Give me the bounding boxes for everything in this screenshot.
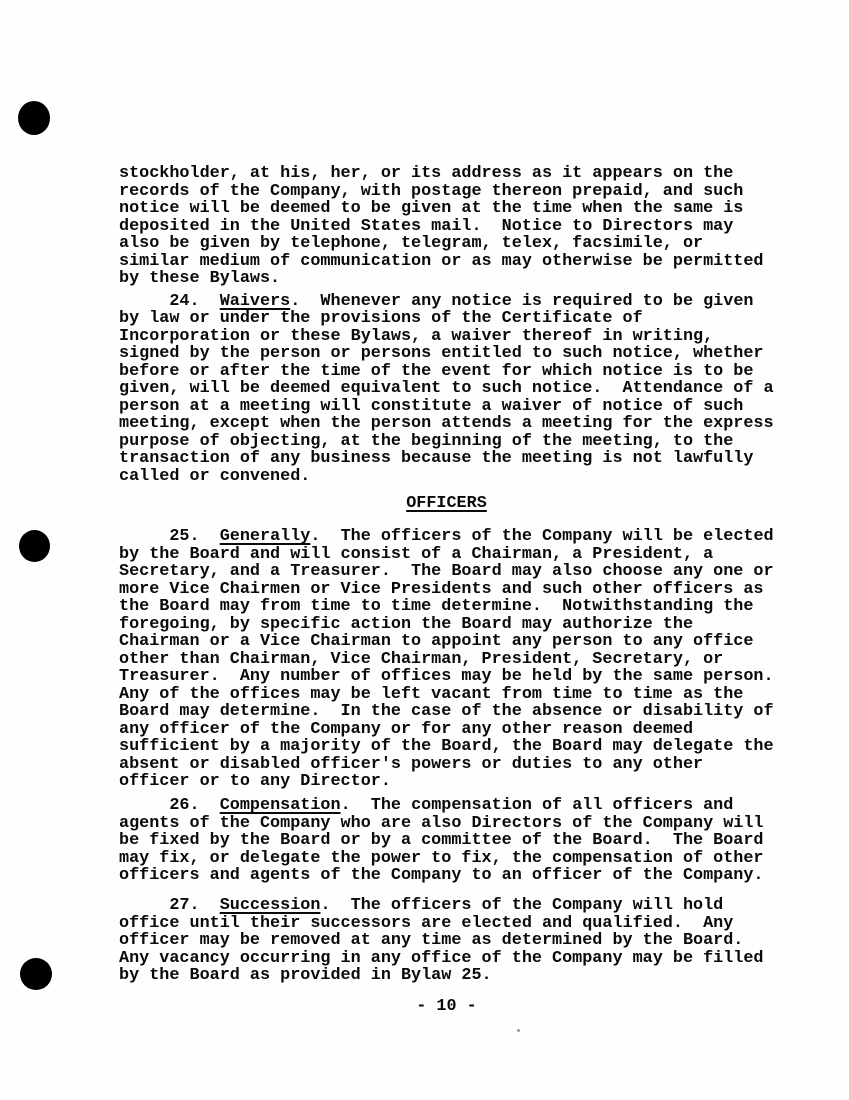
- section-27-title: Succession: [220, 896, 321, 915]
- section-25-generally: 25. Generally. The officers of the Compa…: [119, 528, 774, 791]
- section-24-title: Waivers: [220, 292, 291, 311]
- continuation-paragraph: stockholder, at his, her, or its address…: [119, 165, 774, 288]
- section-25-title: Generally: [220, 527, 311, 546]
- document-text: stockholder, at his, her, or its address…: [119, 165, 774, 1016]
- officers-heading-text: OFFICERS: [406, 494, 487, 513]
- officers-heading: OFFICERS: [119, 495, 774, 513]
- page-number: - 10 -: [119, 998, 774, 1016]
- section-27-succession: 27. Succession. The officers of the Comp…: [119, 897, 774, 985]
- hole-punch-mark-bottom: [20, 958, 52, 990]
- document-page: stockholder, at his, her, or its address…: [0, 0, 849, 1100]
- section-24-waivers: 24. Waivers. Whenever any notice is requ…: [119, 293, 774, 486]
- scan-artifact-speck: [517, 1029, 520, 1032]
- hole-punch-mark-top: [18, 101, 50, 135]
- section-26-title: Compensation: [220, 796, 341, 815]
- hole-punch-mark-middle: [19, 530, 50, 562]
- section-26-compensation: 26. Compensation. The compensation of al…: [119, 797, 774, 885]
